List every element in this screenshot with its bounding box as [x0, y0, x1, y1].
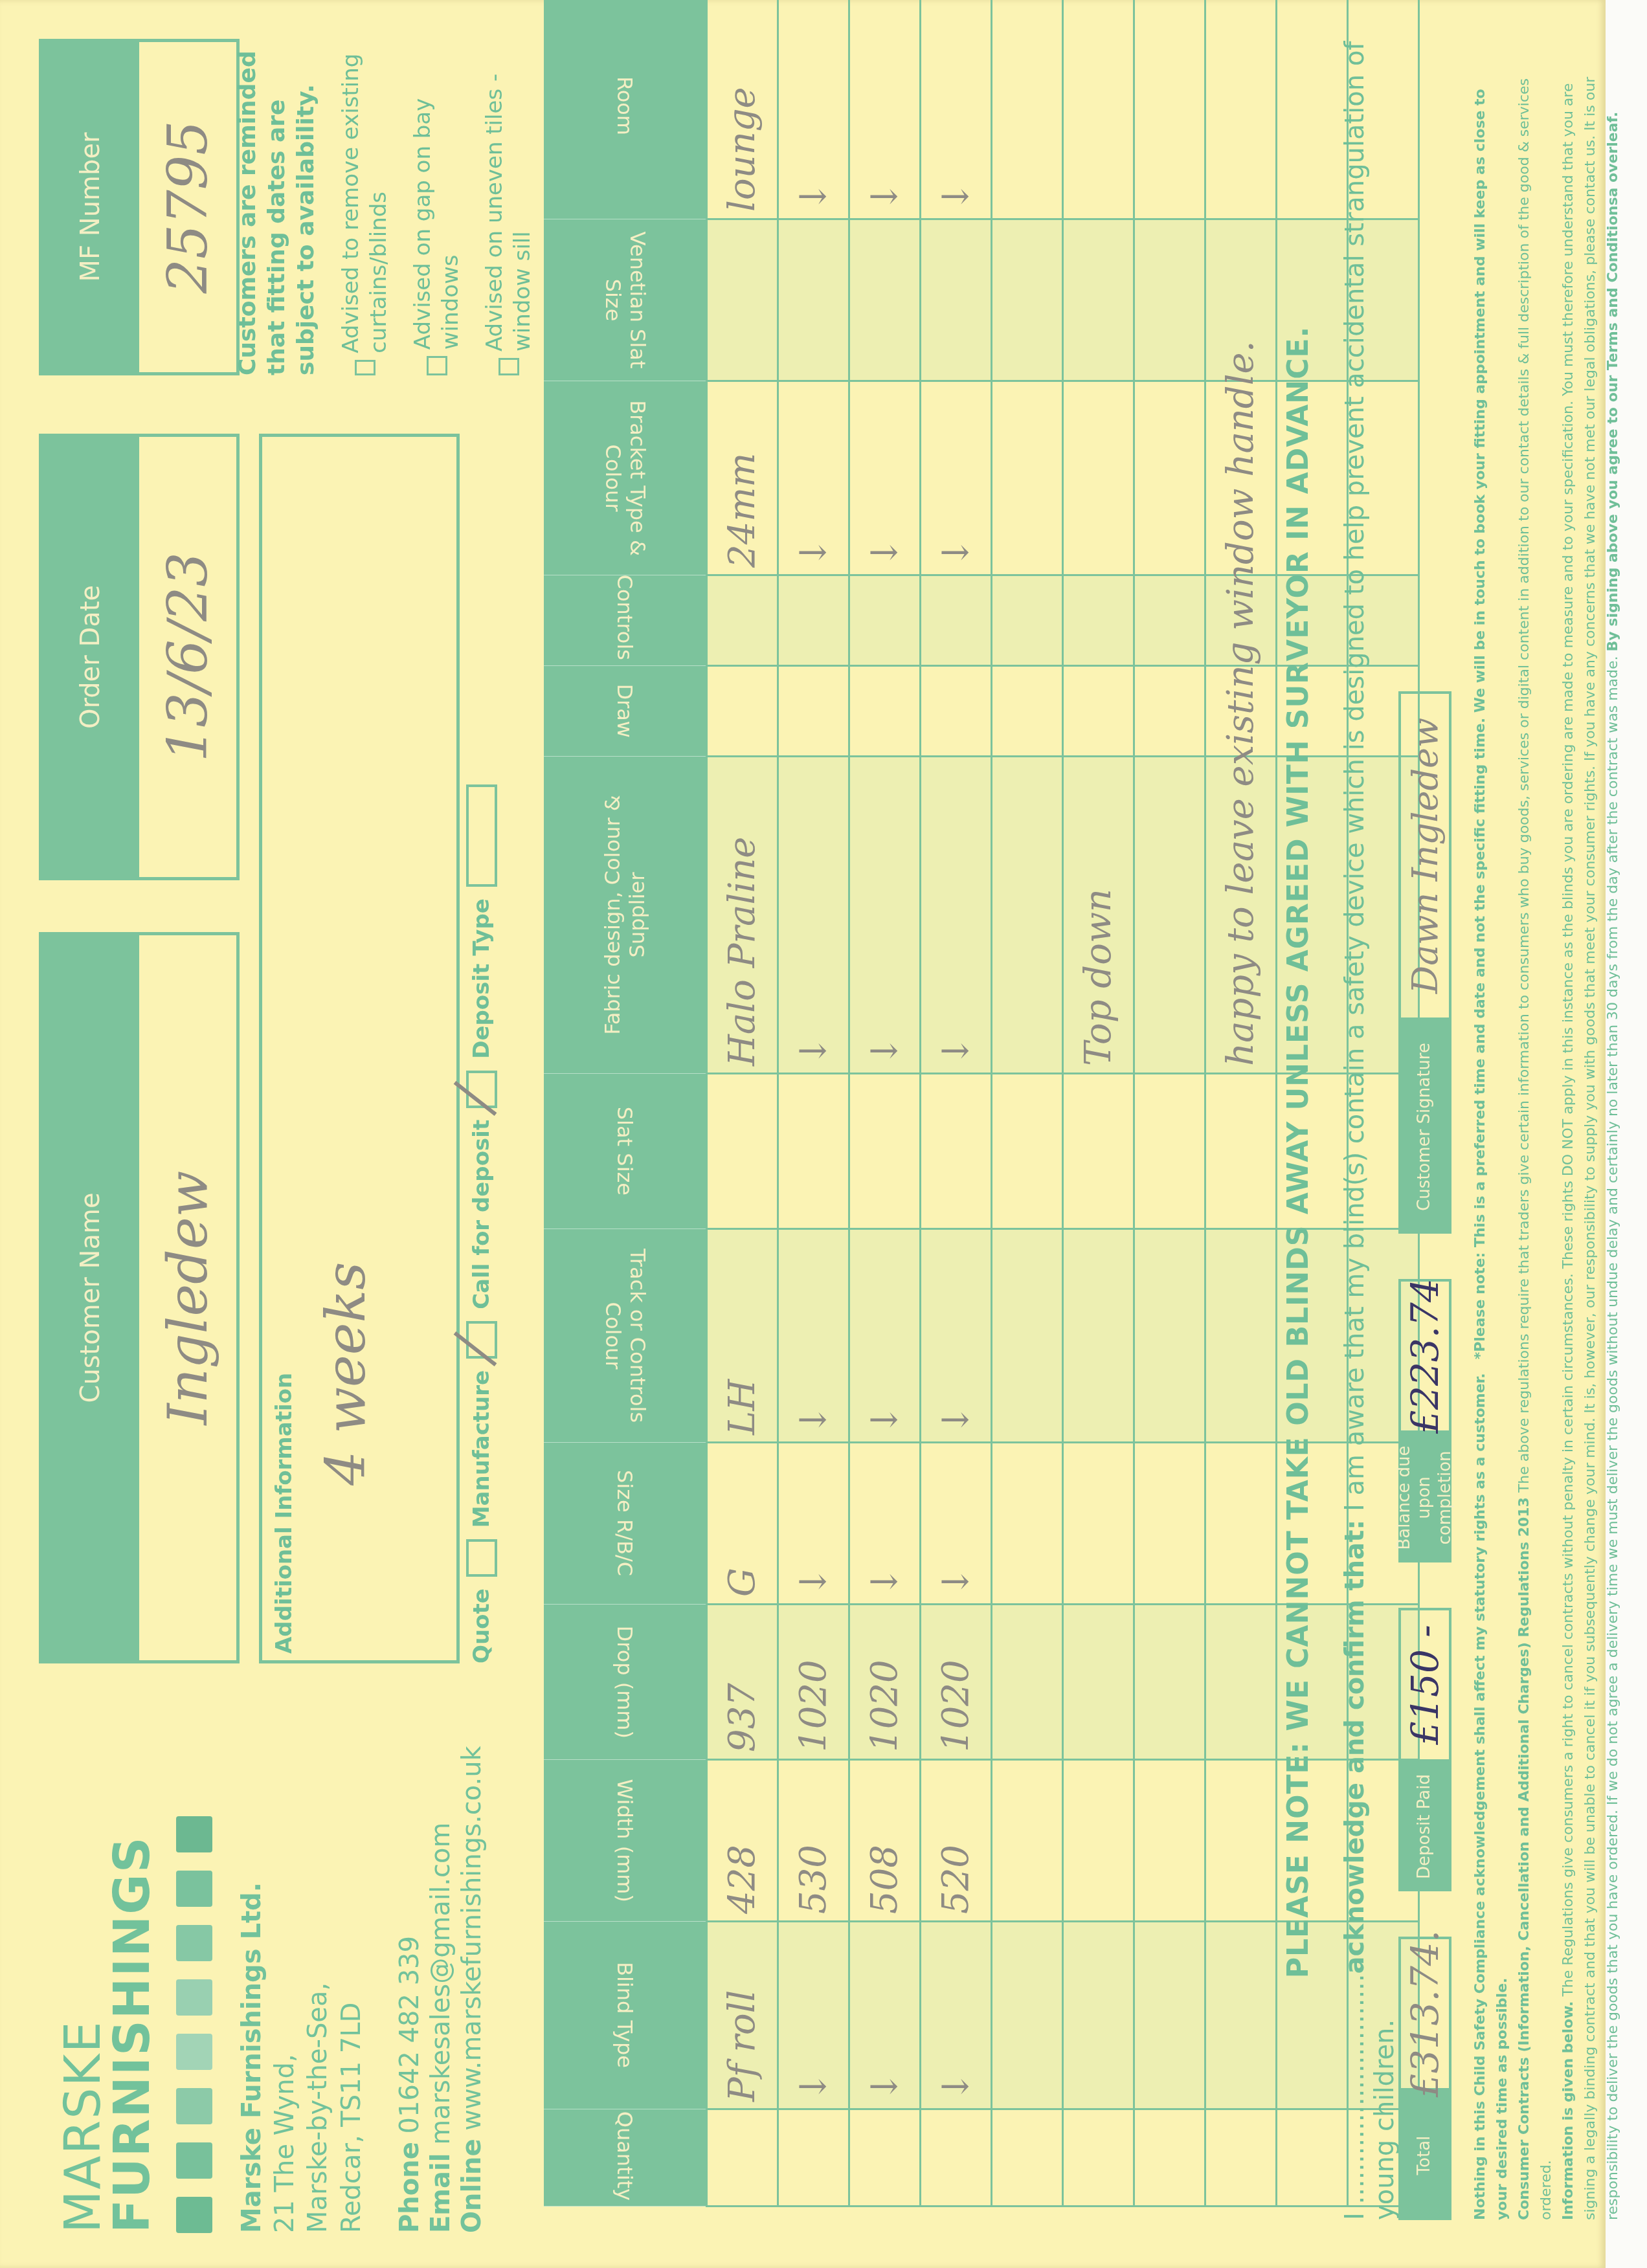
table-cell-venetian-slat-size[interactable]: [921, 219, 992, 381]
table-cell-quantity[interactable]: [849, 2109, 921, 2207]
table-cell-draw[interactable]: [707, 666, 778, 757]
safety-acknowledgement: I ............................acknowledg…: [1340, 32, 1400, 2220]
order-date-value: 13/6/23: [139, 437, 236, 877]
table-row: Top down£313.74: [1063, 0, 1134, 2207]
legal-terms: Nothing in this Child Safety Compliance …: [1470, 71, 1624, 2220]
advice-option: Advised to remove existing curtains/blin…: [337, 26, 392, 375]
mf-number-field[interactable]: MF Number 25795: [39, 39, 240, 375]
table-cell-bracket-type-colour[interactable]: ↓: [778, 381, 849, 575]
website-link[interactable]: www.marskefurnishings.co.uk: [457, 1746, 487, 2131]
table-cell-blind-type[interactable]: ↓: [921, 1922, 992, 2109]
table-cell-drop-mm[interactable]: 1020: [778, 1605, 849, 1760]
table-cell-blind-type[interactable]: [1063, 1922, 1134, 2109]
table-cell-size-r-b-c[interactable]: [992, 1443, 1063, 1605]
table-cell-controls[interactable]: [992, 575, 1063, 666]
table-row: ↓5301020↓↓↓↓↓£94.34: [778, 0, 849, 2207]
table-cell-width-mm[interactable]: 428: [707, 1760, 778, 1922]
table-cell-bracket-type-colour[interactable]: [992, 381, 1063, 575]
customer-name-field[interactable]: Customer Name Ingledew: [39, 932, 240, 1663]
table-cell-size-r-b-c[interactable]: G: [707, 1443, 778, 1605]
table-cell-slat-size[interactable]: [992, 1074, 1063, 1229]
additional-information-box[interactable]: Additional Information 4 weeks: [259, 434, 460, 1663]
table-cell-controls[interactable]: [1134, 575, 1205, 666]
contact-details: Phone 01642 482 339 Email marskesales@gm…: [394, 1702, 487, 2233]
address-line: Marske-by-the-Sea,: [302, 1702, 335, 2233]
table-cell-quantity[interactable]: [1205, 2109, 1277, 2207]
table-cell-drop-mm[interactable]: [992, 1605, 1063, 1760]
table-cell-quantity[interactable]: [778, 2109, 849, 2207]
table-cell-bracket-type-colour[interactable]: ↓: [921, 381, 992, 575]
table-cell-track-or-controls-colour[interactable]: [1063, 1229, 1134, 1443]
table-cell-fabric-design-colour-supplier[interactable]: happy to leave existing window handle.: [1205, 757, 1277, 1074]
balance-due-field[interactable]: Balance due upon completion £223.74: [1398, 1279, 1451, 1562]
table-cell-size-r-b-c[interactable]: [1063, 1443, 1134, 1605]
scanned-paper: MARSKE FURNISHINGS Marske Furnishings Lt…: [0, 0, 1606, 2268]
fabric-swatch-icon: [176, 1979, 212, 2016]
column-header: Room: [544, 0, 707, 219]
column-header: Size R/B/C: [544, 1443, 707, 1605]
advice-option: Advised on uneven tiles - window sill: [481, 26, 536, 375]
table-cell-venetian-slat-size[interactable]: [707, 219, 778, 381]
column-header: Width (mm): [544, 1760, 707, 1922]
fabric-swatch-icon: [176, 2088, 212, 2124]
additional-information-value: 4 weeks: [314, 1262, 377, 1485]
table-cell-controls[interactable]: [1063, 575, 1134, 666]
quote-checkbox[interactable]: [466, 1539, 497, 1577]
deposit-paid-field[interactable]: Deposit Paid £150 -: [1398, 1608, 1451, 1891]
fabric-swatch-icon: [176, 2197, 212, 2233]
table-cell-draw[interactable]: [849, 666, 921, 757]
table-row: Pf roll428937GLHHalo Praline24mmlounge£9…: [707, 0, 778, 2207]
table-cell-width-mm[interactable]: [992, 1760, 1063, 1922]
table-cell-draw[interactable]: [778, 666, 849, 757]
table-cell-room[interactable]: [1134, 0, 1205, 219]
table-cell-width-mm[interactable]: 508: [849, 1760, 921, 1922]
table-cell-track-or-controls-colour[interactable]: LH: [707, 1229, 778, 1443]
table-cell-room[interactable]: [992, 0, 1063, 219]
email-link[interactable]: marskesales@gmail.com: [426, 1823, 456, 2145]
advice-checkbox[interactable]: [427, 356, 447, 375]
column-header: Controls: [544, 575, 707, 666]
table-cell-fabric-design-colour-supplier[interactable]: ↓: [778, 757, 849, 1074]
table-row: happy to leave existing window handle.: [1205, 0, 1277, 2207]
swirl-swatch-icon: [176, 1816, 212, 1852]
table-cell-track-or-controls-colour[interactable]: [992, 1229, 1063, 1443]
table-row: [1134, 0, 1205, 2207]
column-header: Quantity: [544, 2109, 707, 2207]
table-cell-draw[interactable]: [992, 666, 1063, 757]
order-form: MARSKE FURNISHINGS Marske Furnishings Lt…: [39, 32, 1606, 2233]
table-cell-size-r-b-c[interactable]: ↓: [921, 1443, 992, 1605]
table-cell-slat-size[interactable]: [1063, 1074, 1134, 1229]
table-cell-blind-type[interactable]: ↓: [778, 1922, 849, 2109]
mf-number-value: 25795: [139, 42, 236, 372]
column-header: Drop (mm): [544, 1605, 707, 1760]
deposit-type-field[interactable]: [466, 784, 497, 887]
table-cell-room[interactable]: lounge: [707, 0, 778, 219]
customer-signature-field[interactable]: Customer Signature Dawn Ingledew: [1398, 691, 1451, 1234]
fabric-swatch-icon: [176, 1871, 212, 1907]
table-cell-room[interactable]: [1063, 0, 1134, 219]
table-cell-size-r-b-c[interactable]: ↓: [778, 1443, 849, 1605]
brand-block: MARSKE FURNISHINGS Marske Furnishings Lt…: [39, 1702, 487, 2233]
table-row: ↓5081020↓↓↓↓↓↓: [849, 0, 921, 2207]
call-for-deposit-checkbox[interactable]: [466, 1071, 497, 1108]
total-value: £313.74.: [1398, 1937, 1451, 2091]
table-cell-venetian-slat-size[interactable]: [992, 219, 1063, 381]
table-cell-draw[interactable]: [1063, 666, 1134, 757]
table-cell-controls[interactable]: [707, 575, 778, 666]
table-cell-fabric-design-colour-supplier[interactable]: [1134, 757, 1205, 1074]
table-cell-blind-type[interactable]: [992, 1922, 1063, 2109]
table-row: ↓5201020↓↓↓↓↓↓: [921, 0, 992, 2207]
table-cell-blind-type[interactable]: [1134, 1922, 1205, 2109]
table-cell-track-or-controls-colour[interactable]: ↓: [849, 1229, 921, 1443]
fabric-swatch-icon: [176, 2142, 212, 2179]
table-cell-slat-size[interactable]: [778, 1074, 849, 1229]
balance-due-value: £223.74: [1398, 1279, 1451, 1433]
table-cell-drop-mm[interactable]: 1020: [921, 1605, 992, 1760]
table-cell-track-or-controls-colour[interactable]: ↓: [921, 1229, 992, 1443]
deposit-paid-value: £150 -: [1398, 1608, 1451, 1762]
table-cell-track-or-controls-colour[interactable]: ↓: [778, 1229, 849, 1443]
order-status-checkboxes: Quote Manufacture Call for deposit Depos…: [466, 784, 497, 1663]
table-cell-room[interactable]: ↓: [849, 0, 921, 219]
table-cell-quantity[interactable]: [921, 2109, 992, 2207]
table-cell-controls[interactable]: [778, 575, 849, 666]
table-cell-drop-mm[interactable]: [1205, 1605, 1277, 1760]
table-cell-size-r-b-c[interactable]: [1134, 1443, 1205, 1605]
fabric-swatch-icon: [176, 1925, 212, 1961]
fabric-swatch-icon: [176, 2034, 212, 2070]
table-cell-bracket-type-colour[interactable]: ↓: [849, 381, 921, 575]
order-date-field[interactable]: Order Date 13/6/23: [39, 434, 240, 880]
table-cell-width-mm[interactable]: [1134, 1760, 1205, 1922]
manufacture-checkbox[interactable]: [466, 1321, 497, 1359]
table-cell-fabric-design-colour-supplier[interactable]: ↓: [921, 757, 992, 1074]
table-cell-venetian-slat-size[interactable]: [1063, 219, 1134, 381]
address-line: 21 The Wynd,: [269, 1702, 302, 2233]
column-header: Blind Type: [544, 1922, 707, 2109]
table-cell-venetian-slat-size[interactable]: [778, 219, 849, 381]
table-cell-controls[interactable]: [849, 575, 921, 666]
totals-row: Total £313.74. Deposit Paid £150 - Balan…: [1398, 646, 1451, 2220]
table-cell-room[interactable]: ↓: [778, 0, 849, 219]
column-header: Track or Controls Colour: [544, 1229, 707, 1443]
table-cell-drop-mm[interactable]: 1020: [849, 1605, 921, 1760]
table-cell-blind-type[interactable]: ↓: [849, 1922, 921, 2109]
fabric-swatch-icons: [176, 1702, 212, 2233]
table-cell-fabric-design-colour-supplier[interactable]: Top down: [1063, 757, 1134, 1074]
table-row: [992, 0, 1063, 2207]
table-cell-quantity[interactable]: [992, 2109, 1063, 2207]
table-cell-bracket-type-colour[interactable]: [1063, 381, 1134, 575]
table-cell-slat-size[interactable]: [921, 1074, 992, 1229]
surveyor-warning: PLEASE NOTE: WE CANNOT TAKE OLD BLINDS A…: [1282, 71, 1315, 2233]
table-cell-venetian-slat-size[interactable]: [849, 219, 921, 381]
table-cell-size-r-b-c[interactable]: [1205, 1443, 1277, 1605]
total-field[interactable]: Total £313.74.: [1398, 1937, 1451, 2220]
table-cell-room[interactable]: ↓: [921, 0, 992, 219]
company-name: Marske Furnishings Ltd.: [236, 1702, 269, 2233]
customer-name-value: Ingledew: [139, 935, 236, 1660]
column-header: Fabric design, Colour & Supplier: [544, 757, 707, 1074]
table-cell-width-mm[interactable]: [1205, 1760, 1277, 1922]
table-cell-width-mm[interactable]: 520: [921, 1760, 992, 1922]
table-cell-track-or-controls-colour[interactable]: [1205, 1229, 1277, 1443]
table-cell-quantity[interactable]: [1134, 2109, 1205, 2207]
table-cell-quantity[interactable]: [707, 2109, 778, 2207]
table-cell-slat-size[interactable]: [707, 1074, 778, 1229]
customer-signature-value: Dawn Ingledew: [1398, 691, 1451, 1020]
table-cell-fabric-design-colour-supplier[interactable]: Halo Praline: [707, 757, 778, 1074]
table-cell-bracket-type-colour[interactable]: [1134, 381, 1205, 575]
advice-checkbox[interactable]: [355, 360, 375, 375]
column-header: Draw: [544, 666, 707, 757]
table-cell-blind-type[interactable]: Pf roll: [707, 1922, 778, 2109]
table-cell-track-or-controls-colour[interactable]: [1134, 1229, 1205, 1443]
table-cell-controls[interactable]: [921, 575, 992, 666]
table-cell-fabric-design-colour-supplier[interactable]: ↓: [849, 757, 921, 1074]
column-header: Venetian Slat Size: [544, 219, 707, 381]
company-address: Marske Furnishings Ltd. 21 The Wynd, Mar…: [236, 1702, 368, 2233]
table-cell-fabric-design-colour-supplier[interactable]: [992, 757, 1063, 1074]
phone: Phone 01642 482 339: [394, 1702, 425, 2233]
table-cell-room[interactable]: [1205, 0, 1277, 219]
table-cell-draw[interactable]: [1134, 666, 1205, 757]
table-cell-width-mm[interactable]: [1063, 1760, 1134, 1922]
table-cell-width-mm[interactable]: 530: [778, 1760, 849, 1922]
table-cell-size-r-b-c[interactable]: ↓: [849, 1443, 921, 1605]
column-header: Bracket Type & Colour: [544, 381, 707, 575]
website: Online www.marskefurnishings.co.uk: [456, 1702, 487, 2233]
table-cell-drop-mm[interactable]: [1063, 1605, 1134, 1760]
advice-option: Advised on gap on bay windows: [409, 26, 464, 375]
table-cell-slat-size[interactable]: [849, 1074, 921, 1229]
brand-logo: MARSKE FURNISHINGS: [58, 1702, 157, 2233]
table-cell-bracket-type-colour[interactable]: 24mm: [707, 381, 778, 575]
table-cell-venetian-slat-size[interactable]: [1134, 219, 1205, 381]
address-line: Redcar, TS11 7LD: [335, 1702, 368, 2233]
table-cell-draw[interactable]: [921, 666, 992, 757]
table-cell-slat-size[interactable]: [1205, 1074, 1277, 1229]
table-cell-drop-mm[interactable]: 937: [707, 1605, 778, 1760]
table-cell-drop-mm[interactable]: [1134, 1605, 1205, 1760]
table-cell-quantity[interactable]: [1063, 2109, 1134, 2207]
table-cell-blind-type[interactable]: [1205, 1922, 1277, 2109]
table-cell-slat-size[interactable]: [1134, 1074, 1205, 1229]
column-header: Slat Size: [544, 1074, 707, 1229]
email: Email marskesales@gmail.com: [425, 1702, 456, 2233]
advice-checkbox[interactable]: [499, 358, 519, 375]
